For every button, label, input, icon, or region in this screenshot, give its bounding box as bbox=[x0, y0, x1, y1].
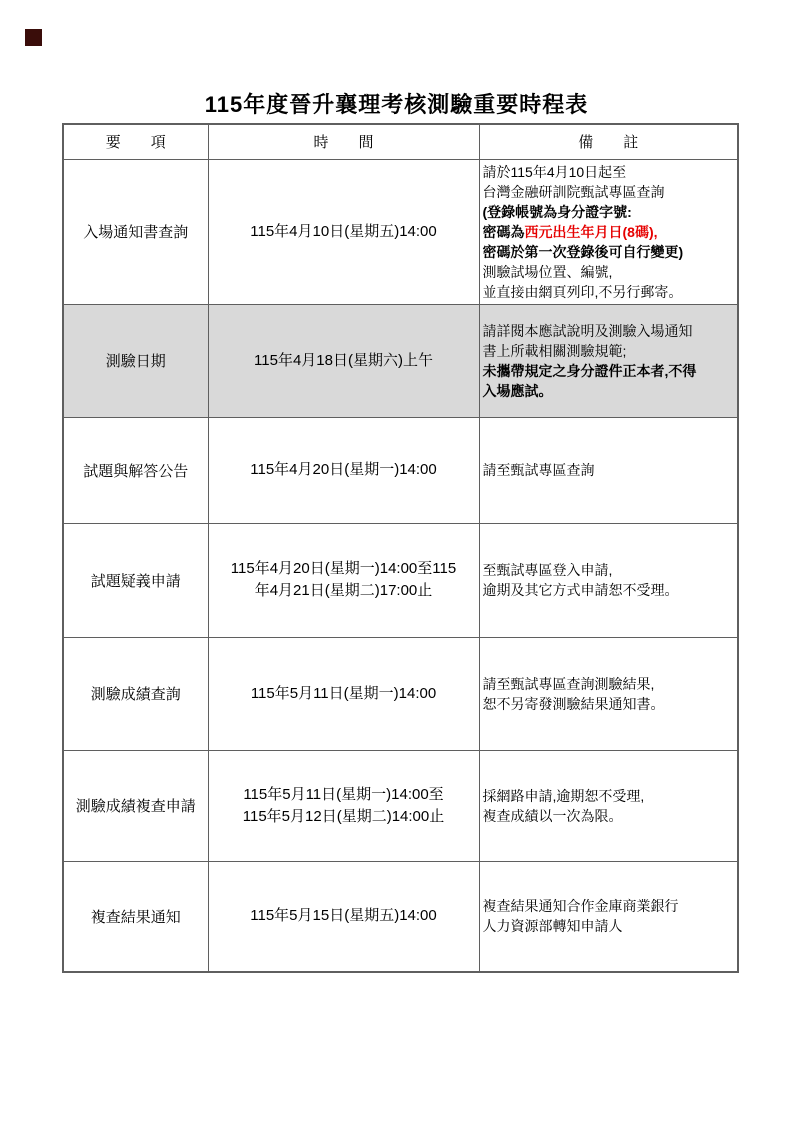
note-text-segment: 人力資源部轉知申請人 bbox=[483, 918, 623, 934]
row-time: 115年5月11日(星期一)14:00 bbox=[208, 637, 479, 750]
row-note: 複查結果通知合作金庫商業銀行人力資源部轉知申請人 bbox=[479, 861, 738, 972]
table-row: 測驗成績複查申請 115年5月11日(星期一)14:00至115年5月12日(星… bbox=[63, 750, 738, 861]
header-time: 時 間 bbox=[208, 124, 479, 159]
schedule-table-body: 要 項 時 間 備 註 入場通知書查詢 115年4月10日(星期五)14:00 … bbox=[63, 124, 738, 972]
page-title: 115年度晉升襄理考核測驗重要時程表 bbox=[0, 88, 793, 119]
row-note: 採網路申請,逾期恕不受理,複查成績以一次為限。 bbox=[479, 750, 738, 861]
row-note: 請詳閱本應試說明及測驗入場通知書上所載相關測驗規範;未攜帶規定之身分證件正本者,… bbox=[479, 304, 738, 417]
corner-artifact-square bbox=[25, 29, 42, 46]
header-note: 備 註 bbox=[479, 124, 738, 159]
table-row: 試題疑義申請 115年4月20日(星期一)14:00至115年4月21日(星期二… bbox=[63, 523, 738, 637]
table-row: 入場通知書查詢 115年4月10日(星期五)14:00 請於115年4月10日起… bbox=[63, 159, 738, 304]
note-text-segment: 請詳閱本應試說明及測驗入場通知 bbox=[483, 323, 693, 339]
row-time: 115年4月20日(星期一)14:00 bbox=[208, 417, 479, 523]
row-item-label: 入場通知書查詢 bbox=[63, 159, 208, 304]
note-text-segment: 複查結果通知合作金庫商業銀行 bbox=[483, 898, 679, 914]
table-header-row: 要 項 時 間 備 註 bbox=[63, 124, 738, 159]
row-time: 115年5月15日(星期五)14:00 bbox=[208, 861, 479, 972]
row-item-label: 試題疑義申請 bbox=[63, 523, 208, 637]
note-text-segment: 複查成績以一次為限。 bbox=[483, 808, 623, 824]
row-time: 115年4月18日(星期六)上午 bbox=[208, 304, 479, 417]
note-text-segment: 並直接由網頁列印,不另行郵寄。 bbox=[483, 284, 683, 300]
note-text-segment: 請至甄試專區查詢測驗結果, bbox=[483, 676, 655, 692]
note-text-segment: 請於115年4月10日起至 bbox=[483, 164, 627, 180]
schedule-table: 要 項 時 間 備 註 入場通知書查詢 115年4月10日(星期五)14:00 … bbox=[62, 123, 739, 973]
note-text-segment: 恕不另寄發測驗結果通知書。 bbox=[483, 696, 665, 712]
row-item-label: 試題與解答公告 bbox=[63, 417, 208, 523]
row-item-label: 測驗成績查詢 bbox=[63, 637, 208, 750]
note-text-segment: 密碼於第一次登錄後可自行變更) bbox=[483, 244, 684, 260]
row-time: 115年5月11日(星期一)14:00至115年5月12日(星期二)14:00止 bbox=[208, 750, 479, 861]
header-item: 要 項 bbox=[63, 124, 208, 159]
highlight-red-text: 西元出生年月日(8碼), bbox=[525, 224, 658, 240]
row-item-label: 複查結果通知 bbox=[63, 861, 208, 972]
note-text-segment: 測驗試場位置、編號, bbox=[483, 264, 613, 280]
table-row: 複查結果通知 115年5月15日(星期五)14:00 複查結果通知合作金庫商業銀… bbox=[63, 861, 738, 972]
note-text-segment: 採網路申請,逾期恕不受理, bbox=[483, 788, 645, 804]
note-text-segment: 密碼為 bbox=[483, 224, 525, 240]
row-note: 至甄試專區登入申請,逾期及其它方式申請恕不受理。 bbox=[479, 523, 738, 637]
document-page: 115年度晉升襄理考核測驗重要時程表 要 項 時 間 備 註 入場通知書查詢 1… bbox=[0, 0, 793, 1122]
note-text-segment: 書上所載相關測驗規範; bbox=[483, 343, 627, 359]
row-item-label: 測驗日期 bbox=[63, 304, 208, 417]
row-item-label: 測驗成績複查申請 bbox=[63, 750, 208, 861]
table-row: 測驗日期 115年4月18日(星期六)上午 請詳閱本應試說明及測驗入場通知書上所… bbox=[63, 304, 738, 417]
row-note: 請至甄試專區查詢測驗結果,恕不另寄發測驗結果通知書。 bbox=[479, 637, 738, 750]
note-text-segment: 請至甄試專區查詢 bbox=[483, 462, 595, 478]
table-row: 試題與解答公告 115年4月20日(星期一)14:00 請至甄試專區查詢 bbox=[63, 417, 738, 523]
row-note: 請於115年4月10日起至台灣金融研訓院甄試專區查詢(登錄帳號為身分證字號:密碼… bbox=[479, 159, 738, 304]
note-text-segment: 逾期及其它方式申請恕不受理。 bbox=[483, 582, 679, 598]
row-time: 115年4月10日(星期五)14:00 bbox=[208, 159, 479, 304]
row-note: 請至甄試專區查詢 bbox=[479, 417, 738, 523]
table-row: 測驗成績查詢 115年5月11日(星期一)14:00 請至甄試專區查詢測驗結果,… bbox=[63, 637, 738, 750]
note-text-segment: 未攜帶規定之身分證件正本者,不得 bbox=[483, 363, 697, 379]
note-text-segment: 台灣金融研訓院甄試專區查詢 bbox=[483, 184, 665, 200]
note-text-segment: 至甄試專區登入申請, bbox=[483, 562, 613, 578]
note-text-segment: (登錄帳號為身分證字號: bbox=[483, 204, 632, 220]
note-text-segment: 入場應試。 bbox=[483, 383, 553, 399]
row-time: 115年4月20日(星期一)14:00至115年4月21日(星期二)17:00止 bbox=[208, 523, 479, 637]
